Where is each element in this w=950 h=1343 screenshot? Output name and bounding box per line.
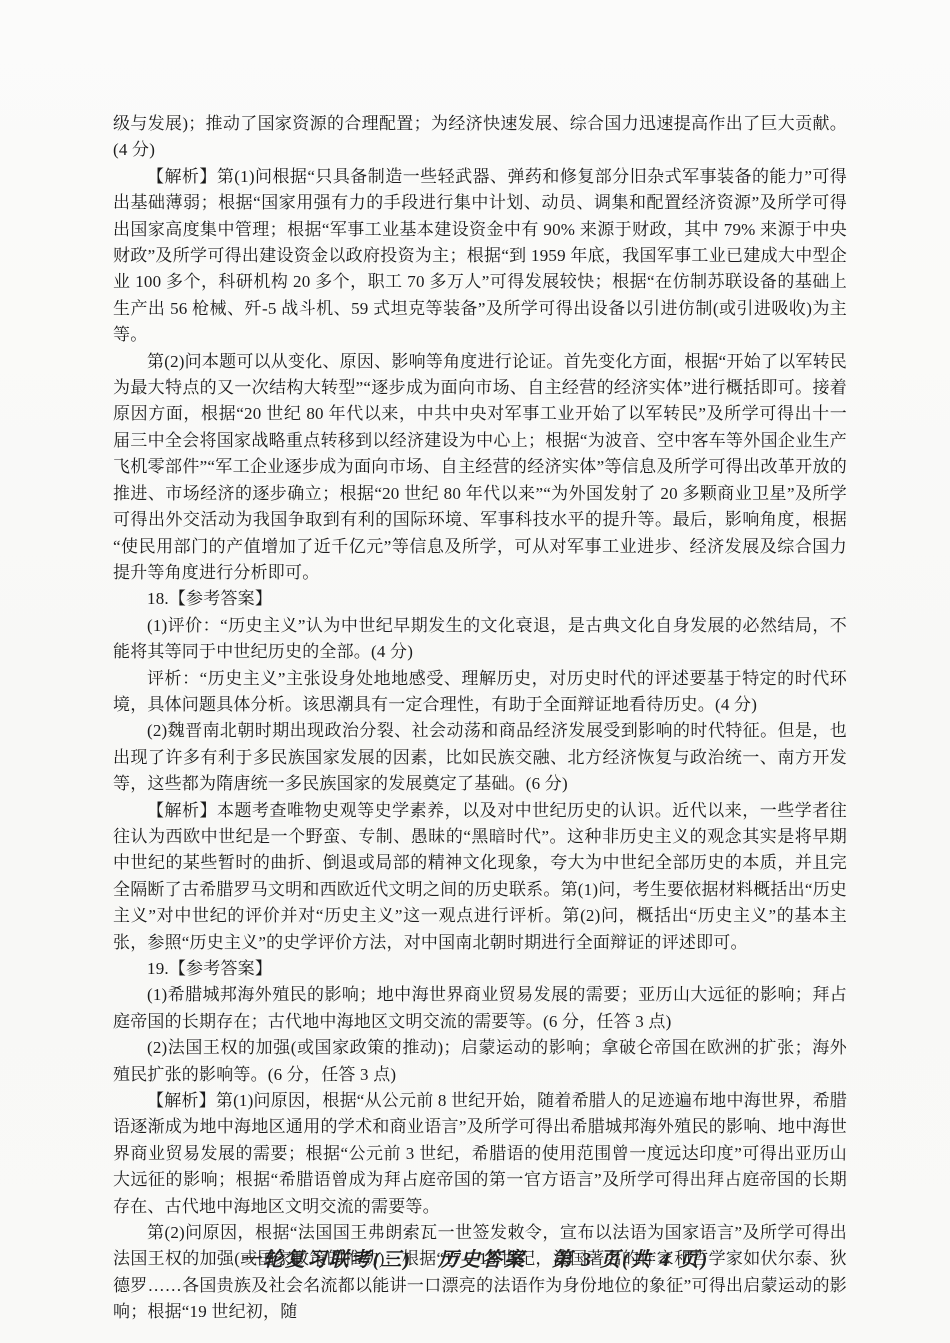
para-q17-analysis-2: 第(2)问本题可以从变化、原因、影响等角度进行论证。首先变化方面，根据“开始了以… (113, 349, 847, 587)
para-q19-analysis-1: 【解析】第(1)问原因，根据“从公元前 8 世纪开始，随着希腊人的足迹遍布地中海… (113, 1088, 847, 1220)
para-q17-conclusion-continued: 级与发展)；推动了国家资源的合理配置；为经济快速发展、综合国力迅速提高作出了巨大… (113, 111, 847, 164)
document-page: 级与发展)；推动了国家资源的合理配置；为经济快速发展、综合国力迅速提高作出了巨大… (0, 0, 950, 1343)
para-q18-answer-1: (1)评价：“历史主义”认为中世纪早期发生的文化衰退，是古典文化自身发展的必然结… (113, 613, 847, 666)
heading-q18-reference-answer: 18.【参考答案】 (113, 586, 847, 612)
heading-q19-reference-answer: 19.【参考答案】 (113, 956, 847, 982)
footer-page-number: 第 3 页(共 4 页) (552, 1249, 709, 1271)
para-q19-answer-2: (2)法国王权的加强(或国家政策的推动)；启蒙运动的影响；拿破仑帝国在欧洲的扩张… (113, 1035, 847, 1088)
answer-text-block: 级与发展)；推动了国家资源的合理配置；为经济快速发展、综合国力迅速提高作出了巨大… (113, 111, 847, 1326)
para-q18-answer-1-appraisal: 评析：“历史主义”主张设身处地地感受、理解历史，对历史时代的评述要基于特定的时代… (113, 666, 847, 719)
para-q17-analysis-1: 【解析】第(1)问根据“只具备制造一些轻武器、弹药和修复部分旧杂式军事装备的能力… (113, 164, 847, 349)
footer-exam-title: 一轮复习联考(三) (241, 1249, 412, 1271)
para-q18-answer-2: (2)魏晋南北朝时期出现政治分裂、社会动荡和商品经济发展受到影响的时代特征。但是… (113, 718, 847, 797)
page-footer: 一轮复习联考(三)历史答案第 3 页(共 4 页) (0, 1243, 950, 1272)
para-q18-analysis: 【解析】本题考查唯物史观等史学素养，以及对中世纪历史的认识。近代以来，一些学者往… (113, 798, 847, 956)
footer-subject: 历史答案 (438, 1249, 526, 1271)
para-q19-answer-1: (1)希腊城邦海外殖民的影响；地中海世界商业贸易发展的需要；亚历山大远征的影响；… (113, 982, 847, 1035)
para-q19-analysis-2: 第(2)问原因，根据“法国国王弗朗索瓦一世签发敕令，宣布以法语为国家语言”及所学… (113, 1220, 847, 1326)
